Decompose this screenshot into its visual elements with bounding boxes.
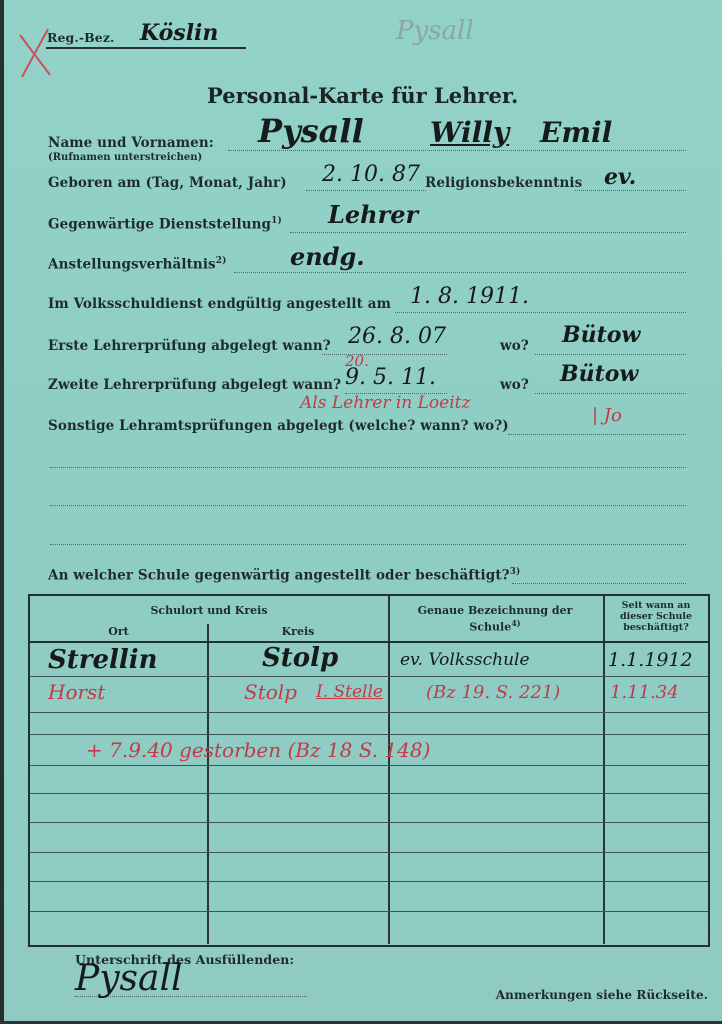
other-exams-line: [508, 434, 686, 435]
blank-line-1: [50, 467, 686, 468]
row-death-note: + 7.9.40 gestorben (Bz 18 S. 148): [86, 738, 430, 762]
header-group-schulort-kreis: Schulort und Kreis: [30, 604, 388, 617]
name-hint: (Rufnamen unterstreichen): [48, 152, 202, 163]
row1-seit: 1.1.1912: [608, 649, 693, 671]
name-surname: Pysall: [258, 112, 364, 150]
exam1-line: [322, 354, 447, 355]
employment-value: endg.: [290, 242, 365, 271]
religion-line: [575, 190, 686, 191]
header-kreis: Kreis: [208, 625, 388, 638]
row1-schule: ev. Volksschule: [400, 650, 530, 670]
name-line: [228, 150, 686, 151]
exam2-where-value: Bütow: [560, 361, 638, 387]
name-middle: Emil: [540, 116, 612, 149]
signature-value: Pysall: [75, 958, 183, 999]
employment-line: [234, 272, 686, 273]
remarks-note: Anmerkungen siehe Rückseite.: [496, 988, 708, 1002]
row1-kreis: Stolp: [262, 643, 338, 673]
position-line: [290, 232, 686, 233]
appointed-line: [395, 312, 686, 313]
other-exams-label: Sonstige Lehramtsprüfungen abgelegt (wel…: [48, 418, 509, 434]
exam2-where-label: wo?: [500, 377, 529, 393]
col-divider-kreis-schule: [388, 596, 390, 944]
position-value: Lehrer: [328, 200, 418, 229]
row-line: [30, 676, 708, 677]
row-line: [30, 765, 708, 766]
name-first: Willy: [430, 116, 509, 149]
col-divider-schule-seit: [603, 596, 605, 944]
red-note-suffix: | Jo: [592, 405, 622, 426]
header-seit: Seit wann an dieser Schule beschäftigt?: [610, 600, 702, 633]
page-title: Personal-Karte für Lehrer.: [207, 83, 518, 108]
row-line: [30, 852, 708, 853]
reg-bez-label: Reg.-Bez.: [47, 30, 115, 45]
header-ort: Ort: [30, 625, 207, 638]
exam1-where-line: [535, 354, 686, 355]
row-line: [30, 793, 708, 794]
row2-kreis: Stolp: [244, 680, 297, 704]
birth-label: Geboren am (Tag, Monat, Jahr): [48, 175, 287, 191]
row-line: [30, 911, 708, 912]
blank-line-2: [50, 505, 686, 506]
birth-value: 2. 10. 87: [322, 162, 420, 187]
row2-schule: (Bz 19. S. 221): [426, 682, 560, 703]
row1-ort: Strellin: [48, 645, 158, 675]
header-bottom-rule: [30, 641, 708, 643]
header-schule: Genaue Bezeichnung der Schule4): [410, 604, 580, 634]
exam1-label: Erste Lehrerprüfung abgelegt wann?: [48, 338, 331, 354]
religion-label: Religionsbekenntnis: [425, 175, 582, 191]
appointed-value: 1. 8. 1911.: [410, 284, 529, 309]
exam2-value: 9. 5. 11.: [345, 365, 436, 390]
employment-label: Anstellungsverhältnis2): [48, 256, 227, 273]
name-label: Name und Vornamen:: [48, 135, 214, 151]
exam1-where-label: wo?: [500, 338, 529, 354]
row2-kreis-note: I. Stelle: [316, 682, 383, 702]
exam1-where-value: Bütow: [562, 322, 640, 348]
card-left-edge: [0, 0, 4, 1024]
row-line: [30, 822, 708, 823]
personnel-card: Reg.-Bez. Köslin Pysall Personal-Karte f…: [0, 0, 722, 1024]
row2-seit: 1.11.34: [610, 682, 679, 703]
birth-line: [306, 190, 426, 191]
col-divider-ort-kreis: [207, 624, 209, 944]
row-line: [30, 734, 708, 735]
pencil-note: Pysall: [396, 16, 474, 46]
red-note: Als Lehrer in Loeitz: [300, 393, 470, 413]
exam2-where-line: [535, 393, 686, 394]
row-line: [30, 712, 708, 713]
row2-ort: Horst: [48, 680, 105, 704]
religion-value: ev.: [604, 164, 636, 190]
exam2-label: Zweite Lehrerprüfung abgelegt wann?: [48, 377, 341, 393]
current-school-label: An welcher Schule gegenwärtig angestellt…: [48, 567, 520, 584]
reg-bez-underline: [46, 47, 246, 49]
blank-line-3: [50, 544, 686, 545]
exam1-value: 26. 8. 07: [348, 324, 446, 349]
current-school-line: [512, 583, 686, 584]
row-line: [30, 881, 708, 882]
reg-bez-value: Köslin: [140, 20, 218, 46]
appointed-label: Im Volksschuldienst endgültig angestellt…: [48, 296, 391, 312]
position-label: Gegenwärtige Dienststellung1): [48, 216, 282, 233]
